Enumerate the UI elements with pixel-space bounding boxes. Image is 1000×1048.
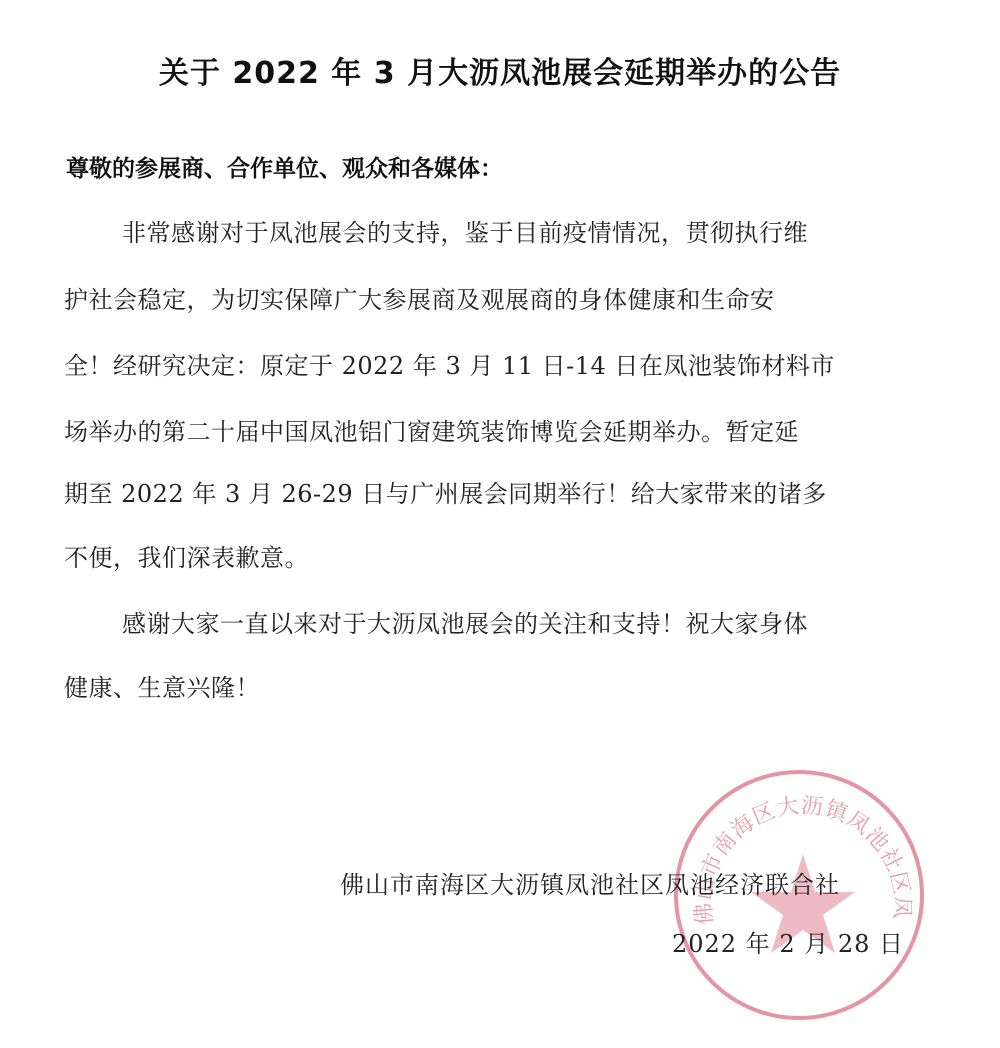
- signature-date: 2022 年 2 月 28 日: [672, 924, 904, 959]
- paragraph-line: 健康、生意兴隆！: [64, 668, 260, 703]
- signature-organization: 佛山市南海区大沥镇凤池社区凤池经济联合社: [340, 865, 840, 900]
- paragraph-line: 不便，我们深表歉意。: [64, 538, 309, 573]
- paragraph-line: 期至 2022 年 3 月 26-29 日与广州展会同期举行！给大家带来的诸多: [64, 474, 827, 509]
- paragraph-line: 全！经研究决定：原定于 2022 年 3 月 11 日-14 日在凤池装饰材料市: [64, 346, 835, 381]
- salutation: 尊敬的参展商、合作单位、观众和各媒体：: [66, 150, 503, 183]
- paragraph-line: 场举办的第二十届中国凤池铝门窗建筑装饰博览会延期举办。暂定延: [64, 412, 799, 447]
- paragraph-line: 非常感谢对于凤池展会的支持，鉴于目前疫情情况，贯彻执行维: [122, 213, 808, 248]
- paragraph-line: 感谢大家一直以来对于大沥凤池展会的关注和支持！祝大家身体: [122, 604, 808, 639]
- document-title: 关于 2022 年 3 月大沥凤池展会延期举办的公告: [0, 48, 1000, 92]
- paragraph-line: 护社会稳定，为切实保障广大参展商及观展商的身体健康和生命安: [64, 280, 775, 315]
